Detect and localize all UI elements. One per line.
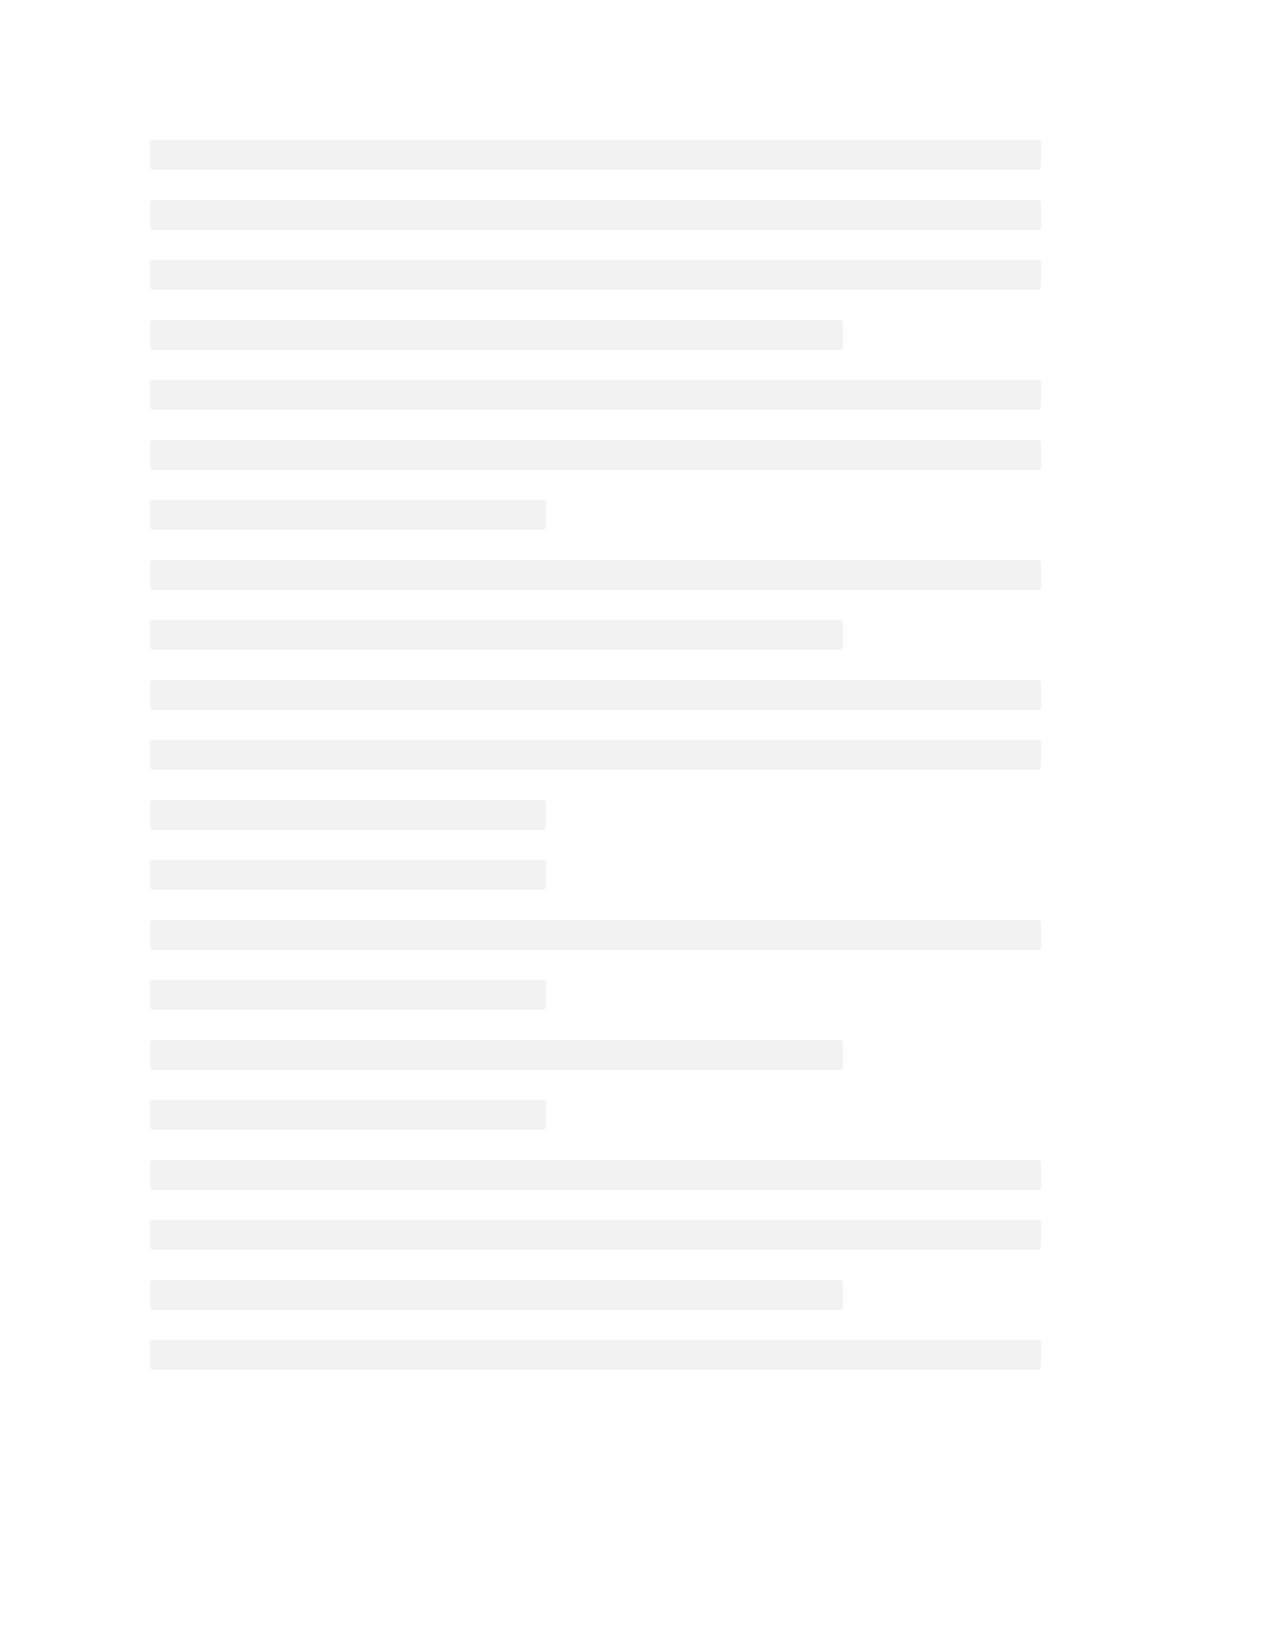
document-page xyxy=(150,140,1140,1400)
text-line xyxy=(150,320,843,350)
text-line xyxy=(150,1220,1041,1250)
text-line xyxy=(150,260,1041,290)
text-line xyxy=(150,560,1041,590)
text-line xyxy=(150,1280,843,1310)
text-line xyxy=(150,500,546,530)
text-line xyxy=(150,920,1041,950)
text-line xyxy=(150,860,546,890)
text-line xyxy=(150,980,546,1010)
text-line xyxy=(150,620,843,650)
text-line xyxy=(150,440,1041,470)
text-line xyxy=(150,740,1041,770)
text-line xyxy=(150,1340,1041,1370)
text-line xyxy=(150,1160,1041,1190)
text-line xyxy=(150,140,1041,170)
text-line xyxy=(150,800,546,830)
text-line xyxy=(150,680,1041,710)
text-line xyxy=(150,200,1041,230)
text-line xyxy=(150,1040,843,1070)
text-line xyxy=(150,380,1041,410)
text-line xyxy=(150,1100,546,1130)
